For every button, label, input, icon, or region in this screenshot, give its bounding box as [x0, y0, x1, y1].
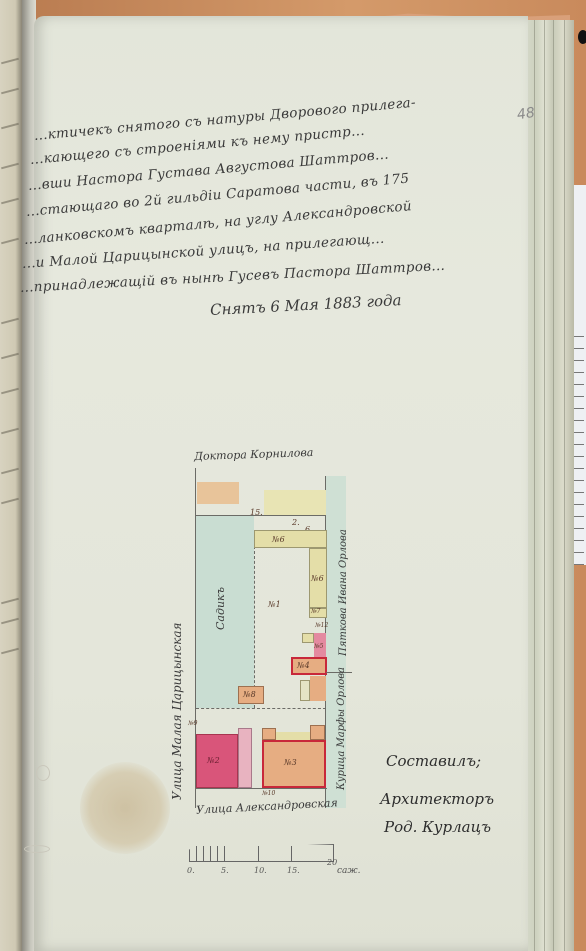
building-4-annex [310, 676, 326, 701]
lot-label-10: №10 [262, 790, 275, 797]
scale-label: 10. [254, 866, 267, 875]
garden-fence-line [254, 546, 255, 708]
lot-label-4: №4 [297, 661, 310, 670]
left-page-handwriting [1, 468, 19, 475]
scale-bar: 0. 5. 10. 15. 20 саж. [189, 844, 334, 864]
left-page-handwriting [1, 198, 19, 205]
lot-fence-line [196, 708, 326, 709]
signature-title: Архитекторъ [380, 790, 494, 808]
lot-label-3: №3 [284, 758, 297, 767]
lot-label-1: №1 [268, 600, 281, 609]
folio-number: 48 [516, 105, 536, 123]
lot-label-12: №12 [315, 622, 328, 629]
left-facing-page [0, 0, 22, 951]
scale-tick [291, 846, 292, 861]
building-3-porch-left [262, 728, 276, 740]
left-page-handwriting [1, 648, 19, 655]
left-page-handwriting [1, 88, 19, 95]
left-page-handwriting [1, 428, 19, 435]
left-page-handwriting [1, 353, 19, 360]
left-page-handwriting [1, 58, 19, 65]
page-stack-edge [520, 20, 574, 951]
small-shed [302, 633, 314, 643]
right-neighbor-upper-label: Пяткова Ивана Орлова [338, 529, 349, 656]
stack-line [564, 20, 565, 951]
lot-label-6b: №6 [311, 574, 324, 583]
signature-compiled-by: Составилъ; [386, 752, 481, 770]
building-3-porch [276, 732, 310, 740]
paper-rules [574, 325, 584, 565]
lot-label-6: №6 [272, 535, 285, 544]
scale-tick [217, 846, 218, 861]
left-street-label: Улица Малая Царицынская [170, 540, 184, 800]
water-stain [80, 762, 170, 854]
left-page-handwriting [1, 238, 19, 245]
lined-paper-sheet [574, 185, 586, 565]
pen-cap [578, 30, 586, 44]
lot-label-9: №9 [188, 720, 198, 727]
left-page-handwriting [1, 318, 19, 325]
building-3-porch-right [310, 725, 325, 740]
scale-tick [258, 846, 259, 861]
lot-label-7: №7 [311, 608, 321, 615]
lot-label-8: №8 [243, 690, 256, 699]
binding-thread [36, 765, 50, 781]
neighbor-building-topleft [197, 482, 239, 504]
scale-tick [203, 846, 204, 861]
neighbor-building-topright [264, 490, 326, 515]
scale-label: 0. [187, 866, 195, 875]
lot-label-5: №5 [314, 643, 324, 650]
scale-label: 20 [327, 858, 337, 867]
left-page-handwriting [1, 123, 19, 130]
building-2-annex [238, 728, 252, 788]
plan-border-bottom [195, 788, 327, 789]
lot-label-2: №2 [207, 756, 220, 765]
right-neighbor-lower-label: Курица Марфы Орлова [336, 667, 347, 790]
building-6-horizontal [254, 530, 327, 548]
scale-tick [210, 846, 211, 861]
left-page-handwriting [1, 498, 19, 505]
garden-label: Садикъ [214, 587, 227, 630]
left-page-handwriting [1, 163, 19, 170]
left-page-handwriting [1, 388, 19, 395]
scale-tick [196, 846, 197, 861]
stack-line [553, 20, 554, 951]
stack-line [544, 20, 545, 951]
scale-unit: саж. [337, 866, 361, 876]
binding-thread [24, 845, 50, 853]
left-page-handwriting [1, 598, 19, 605]
left-page-handwriting [1, 618, 19, 625]
stack-line [534, 20, 535, 951]
dimension-label: 2. [292, 518, 300, 527]
porch [300, 680, 310, 701]
scale-tick [224, 846, 225, 861]
scale-label: 5. [221, 866, 229, 875]
scale-label: 15. [287, 866, 300, 875]
signature-name: Род. Курлацъ [384, 818, 491, 836]
